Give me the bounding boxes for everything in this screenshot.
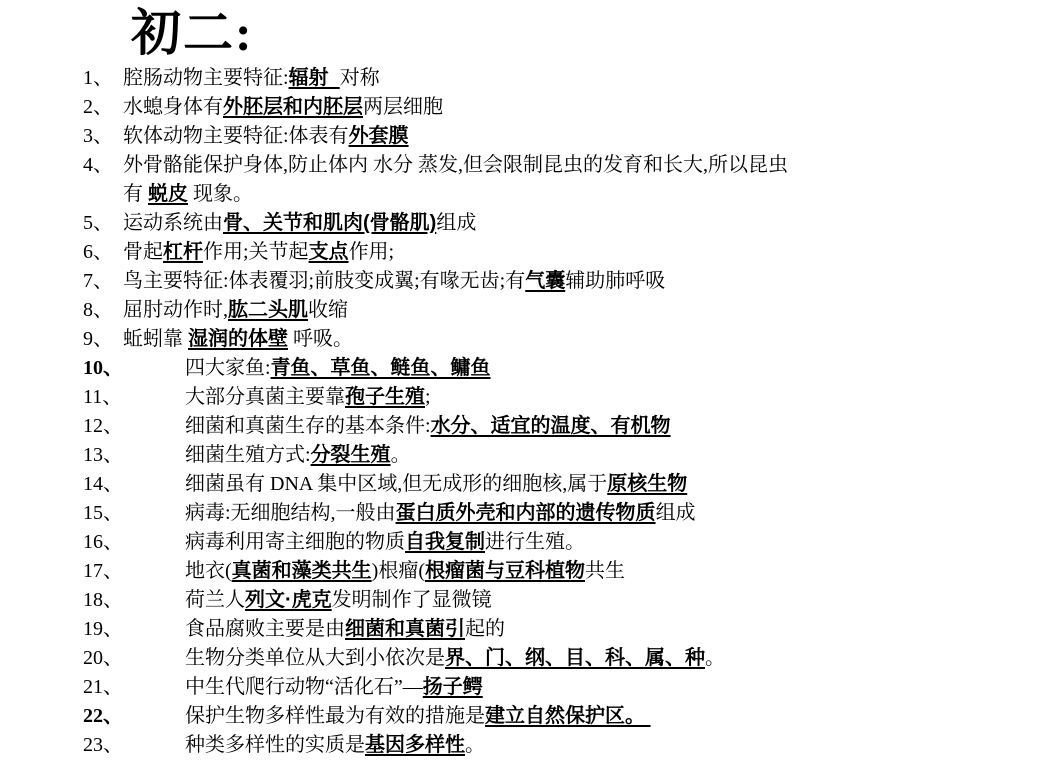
text-segment: 外骨骼能保护身体,防止体内 水分 蒸发,但会限制昆虫的发育和长大,所以昆虫	[123, 154, 788, 176]
highlighted-term: 水分、适宜的温度、有机物	[431, 415, 671, 437]
list-item: 10、四大家鱼:青鱼、草鱼、鲢鱼、鳙鱼	[83, 354, 1003, 383]
highlighted-term: 蜕皮	[148, 183, 188, 205]
item-number: 2、	[83, 93, 123, 122]
list-item: 21、中生代爬行动物“活化石”—扬子鳄	[83, 673, 1003, 702]
highlighted-term: 原核生物	[607, 473, 687, 495]
highlighted-term: 分裂生殖	[311, 444, 391, 466]
text-segment: 细菌和真菌生存的基本条件:	[185, 415, 431, 437]
highlighted-term: 肱二头肌	[228, 299, 308, 321]
highlighted-term: 孢子生殖	[345, 386, 425, 408]
text-segment: 骨起	[123, 241, 163, 263]
text-segment: 水螅身体有	[123, 96, 223, 118]
item-number: 20、	[83, 644, 185, 673]
highlighted-term: 扬子鳄	[423, 676, 483, 698]
item-text: 保护生物多样性最为有效的措施是建立自然保护区。	[185, 702, 651, 731]
list-item: 22、保护生物多样性最为有效的措施是建立自然保护区。	[83, 702, 1003, 731]
page-title: 初二:	[0, 0, 1042, 60]
text-segment: 屈肘动作时,	[123, 299, 228, 321]
item-number: 15、	[83, 499, 185, 528]
text-segment: 现象。	[188, 183, 253, 205]
text-segment: 软体动物主要特征:体表有	[123, 125, 349, 147]
highlighted-term: 界、门、纲、目、科、属、种	[445, 647, 705, 669]
text-segment: 地衣(	[185, 560, 232, 582]
list-item: 16、病毒利用寄主细胞的物质自我复制进行生殖。	[83, 528, 1003, 557]
text-segment: 鸟主要特征:体表覆羽;前肢变成翼;有喙无齿;有	[123, 270, 525, 292]
text-segment: 荷兰人	[185, 589, 245, 611]
text-segment: 起的	[465, 618, 505, 640]
highlighted-term: 自我复制	[405, 531, 485, 553]
item-text: 细菌和真菌生存的基本条件:水分、适宜的温度、有机物	[185, 412, 671, 441]
item-text: 荷兰人列文·虎克发明制作了显微镜	[185, 586, 492, 615]
item-text: 软体动物主要特征:体表有外套膜	[123, 122, 409, 151]
item-text: 生物分类单位从大到小依次是界、门、纲、目、科、属、种。	[185, 644, 725, 673]
item-number: 10、	[83, 354, 185, 383]
item-number: 3、	[83, 122, 123, 151]
list-item: 13、细菌生殖方式:分裂生殖。	[83, 441, 1003, 470]
item-number: 4、	[83, 151, 123, 180]
list-item: 5、运动系统由骨、关节和肌肉(骨骼肌)组成	[83, 209, 1003, 238]
highlighted-term: 支点	[309, 241, 349, 263]
item-number: 23、	[83, 731, 185, 760]
list-item: 20、生物分类单位从大到小依次是界、门、纲、目、科、属、种。	[83, 644, 1003, 673]
text-segment: 有	[123, 183, 148, 205]
list-item: 7、鸟主要特征:体表覆羽;前肢变成翼;有喙无齿;有气囊辅助肺呼吸	[83, 267, 1003, 296]
item-text: 腔肠动物主要特征:辐射 对称	[123, 64, 380, 93]
text-segment: 食品腐败主要是由	[185, 618, 345, 640]
text-segment: 两层细胞	[363, 96, 443, 118]
list-item: 17、地衣(真菌和藻类共生)根瘤(根瘤菌与豆科植物共生	[83, 557, 1003, 586]
text-segment: 。	[465, 734, 485, 756]
text-segment: 呼吸。	[288, 328, 353, 350]
item-text: 病毒利用寄主细胞的物质自我复制进行生殖。	[185, 528, 585, 557]
text-segment: 中生代爬行动物“活化石”—	[185, 676, 423, 698]
text-segment: 。	[705, 647, 725, 669]
item-text: 细菌虽有 DNA 集中区域,但无成形的细胞核,属于原核生物	[185, 470, 687, 499]
item-number: 9、	[83, 325, 123, 354]
item-number: 13、	[83, 441, 185, 470]
list-item: 2、水螅身体有外胚层和内胚层两层细胞	[83, 93, 1003, 122]
item-text: 中生代爬行动物“活化石”—扬子鳄	[185, 673, 483, 702]
item-text: 食品腐败主要是由细菌和真菌引起的	[185, 615, 505, 644]
item-text: 细菌生殖方式:分裂生殖。	[185, 441, 411, 470]
highlighted-term: 外胚层和内胚层	[223, 96, 363, 118]
highlighted-term: 辐射	[289, 67, 340, 89]
highlighted-term: 建立自然保护区。	[485, 705, 651, 727]
item-text: 外骨骼能保护身体,防止体内 水分 蒸发,但会限制昆虫的发育和长大,所以昆虫有 蜕…	[123, 151, 788, 209]
item-text: 运动系统由骨、关节和肌肉(骨骼肌)组成	[123, 209, 476, 238]
list-item: 6、骨起杠杆作用;关节起支点作用;	[83, 238, 1003, 267]
text-segment: 病毒利用寄主细胞的物质	[185, 531, 405, 553]
item-text: 屈肘动作时,肱二头肌收缩	[123, 296, 348, 325]
list-item: 3、软体动物主要特征:体表有外套膜	[83, 122, 1003, 151]
text-segment: 发明制作了显微镜	[332, 589, 492, 611]
item-number: 18、	[83, 586, 185, 615]
highlighted-term: 根瘤菌与豆科植物	[425, 560, 585, 582]
notes-list: 1、腔肠动物主要特征:辐射 对称2、水螅身体有外胚层和内胚层两层细胞3、软体动物…	[0, 64, 1003, 760]
text-segment: ;	[425, 386, 431, 408]
list-item: 9、蚯蚓靠 湿润的体壁 呼吸。	[83, 325, 1003, 354]
highlighted-term: 外套膜	[349, 125, 409, 147]
text-segment: 细菌生殖方式:	[185, 444, 311, 466]
item-number: 12、	[83, 412, 185, 441]
text-segment: 组成	[436, 212, 476, 234]
text-segment: 细菌虽有 DNA 集中区域,但无成形的细胞核,属于	[185, 473, 607, 495]
item-number: 1、	[83, 64, 123, 93]
highlighted-term: 骨、关节和肌肉(骨骼肌)	[223, 212, 436, 234]
item-number: 16、	[83, 528, 185, 557]
item-number: 7、	[83, 267, 123, 296]
list-item: 19、食品腐败主要是由细菌和真菌引起的	[83, 615, 1003, 644]
text-segment: 辅助肺呼吸	[565, 270, 665, 292]
text-segment: 收缩	[308, 299, 348, 321]
text-segment: 作用;关节起	[203, 241, 309, 263]
text-segment: 组成	[656, 502, 696, 524]
list-item: 23、种类多样性的实质是基因多样性。	[83, 731, 1003, 760]
list-item: 4、外骨骼能保护身体,防止体内 水分 蒸发,但会限制昆虫的发育和长大,所以昆虫有…	[83, 151, 1003, 209]
list-item: 8、屈肘动作时,肱二头肌收缩	[83, 296, 1003, 325]
item-number: 22、	[83, 702, 185, 731]
text-segment: 共生	[585, 560, 625, 582]
highlighted-term: 杠杆	[163, 241, 203, 263]
item-text: 大部分真菌主要靠孢子生殖;	[185, 383, 431, 412]
highlighted-term: 湿润的体壁	[188, 328, 288, 350]
list-item: 18、荷兰人列文·虎克发明制作了显微镜	[83, 586, 1003, 615]
item-number: 6、	[83, 238, 123, 267]
text-segment: 腔肠动物主要特征:	[123, 67, 289, 89]
text-segment: 种类多样性的实质是	[185, 734, 365, 756]
text-segment: )根瘤(	[372, 560, 425, 582]
item-number: 21、	[83, 673, 185, 702]
item-number: 8、	[83, 296, 123, 325]
item-text: 四大家鱼:青鱼、草鱼、鲢鱼、鳙鱼	[185, 354, 491, 383]
item-number: 11、	[83, 383, 185, 412]
highlighted-term: 真菌和藻类共生	[232, 560, 372, 582]
text-segment: 蚯蚓靠	[123, 328, 188, 350]
text-segment: 病毒:无细胞结构,一般由	[185, 502, 396, 524]
item-text: 水螅身体有外胚层和内胚层两层细胞	[123, 93, 443, 122]
item-number: 14、	[83, 470, 185, 499]
text-segment: 保护生物多样性最为有效的措施是	[185, 705, 485, 727]
list-item: 15、病毒:无细胞结构,一般由蛋白质外壳和内部的遗传物质组成	[83, 499, 1003, 528]
highlighted-term: 青鱼、草鱼、鲢鱼、鳙鱼	[271, 357, 491, 379]
list-item: 11、大部分真菌主要靠孢子生殖;	[83, 383, 1003, 412]
text-segment: 生物分类单位从大到小依次是	[185, 647, 445, 669]
highlighted-term: 蛋白质外壳和内部的遗传物质	[396, 502, 656, 524]
item-text: 种类多样性的实质是基因多样性。	[185, 731, 485, 760]
text-segment: 。	[391, 444, 411, 466]
list-item: 14、细菌虽有 DNA 集中区域,但无成形的细胞核,属于原核生物	[83, 470, 1003, 499]
text-segment: 运动系统由	[123, 212, 223, 234]
item-number: 17、	[83, 557, 185, 586]
item-number: 5、	[83, 209, 123, 238]
highlighted-term: 气囊	[525, 270, 565, 292]
list-item: 1、腔肠动物主要特征:辐射 对称	[83, 64, 1003, 93]
list-item: 12、细菌和真菌生存的基本条件:水分、适宜的温度、有机物	[83, 412, 1003, 441]
document-page: 初二: 1、腔肠动物主要特征:辐射 对称2、水螅身体有外胚层和内胚层两层细胞3、…	[0, 0, 1042, 769]
item-text: 蚯蚓靠 湿润的体壁 呼吸。	[123, 325, 353, 354]
text-segment: 进行生殖。	[485, 531, 585, 553]
text-segment: 对称	[340, 67, 380, 89]
text-segment: 作用;	[349, 241, 395, 263]
highlighted-term: 列文·虎克	[245, 589, 332, 611]
text-segment: 大部分真菌主要靠	[185, 386, 345, 408]
item-text: 鸟主要特征:体表覆羽;前肢变成翼;有喙无齿;有气囊辅助肺呼吸	[123, 267, 665, 296]
item-text: 骨起杠杆作用;关节起支点作用;	[123, 238, 394, 267]
item-text: 地衣(真菌和藻类共生)根瘤(根瘤菌与豆科植物共生	[185, 557, 625, 586]
item-number: 19、	[83, 615, 185, 644]
text-segment: 四大家鱼:	[185, 357, 271, 379]
highlighted-term: 细菌和真菌引	[345, 618, 465, 640]
item-text: 病毒:无细胞结构,一般由蛋白质外壳和内部的遗传物质组成	[185, 499, 696, 528]
highlighted-term: 基因多样性	[365, 734, 465, 756]
